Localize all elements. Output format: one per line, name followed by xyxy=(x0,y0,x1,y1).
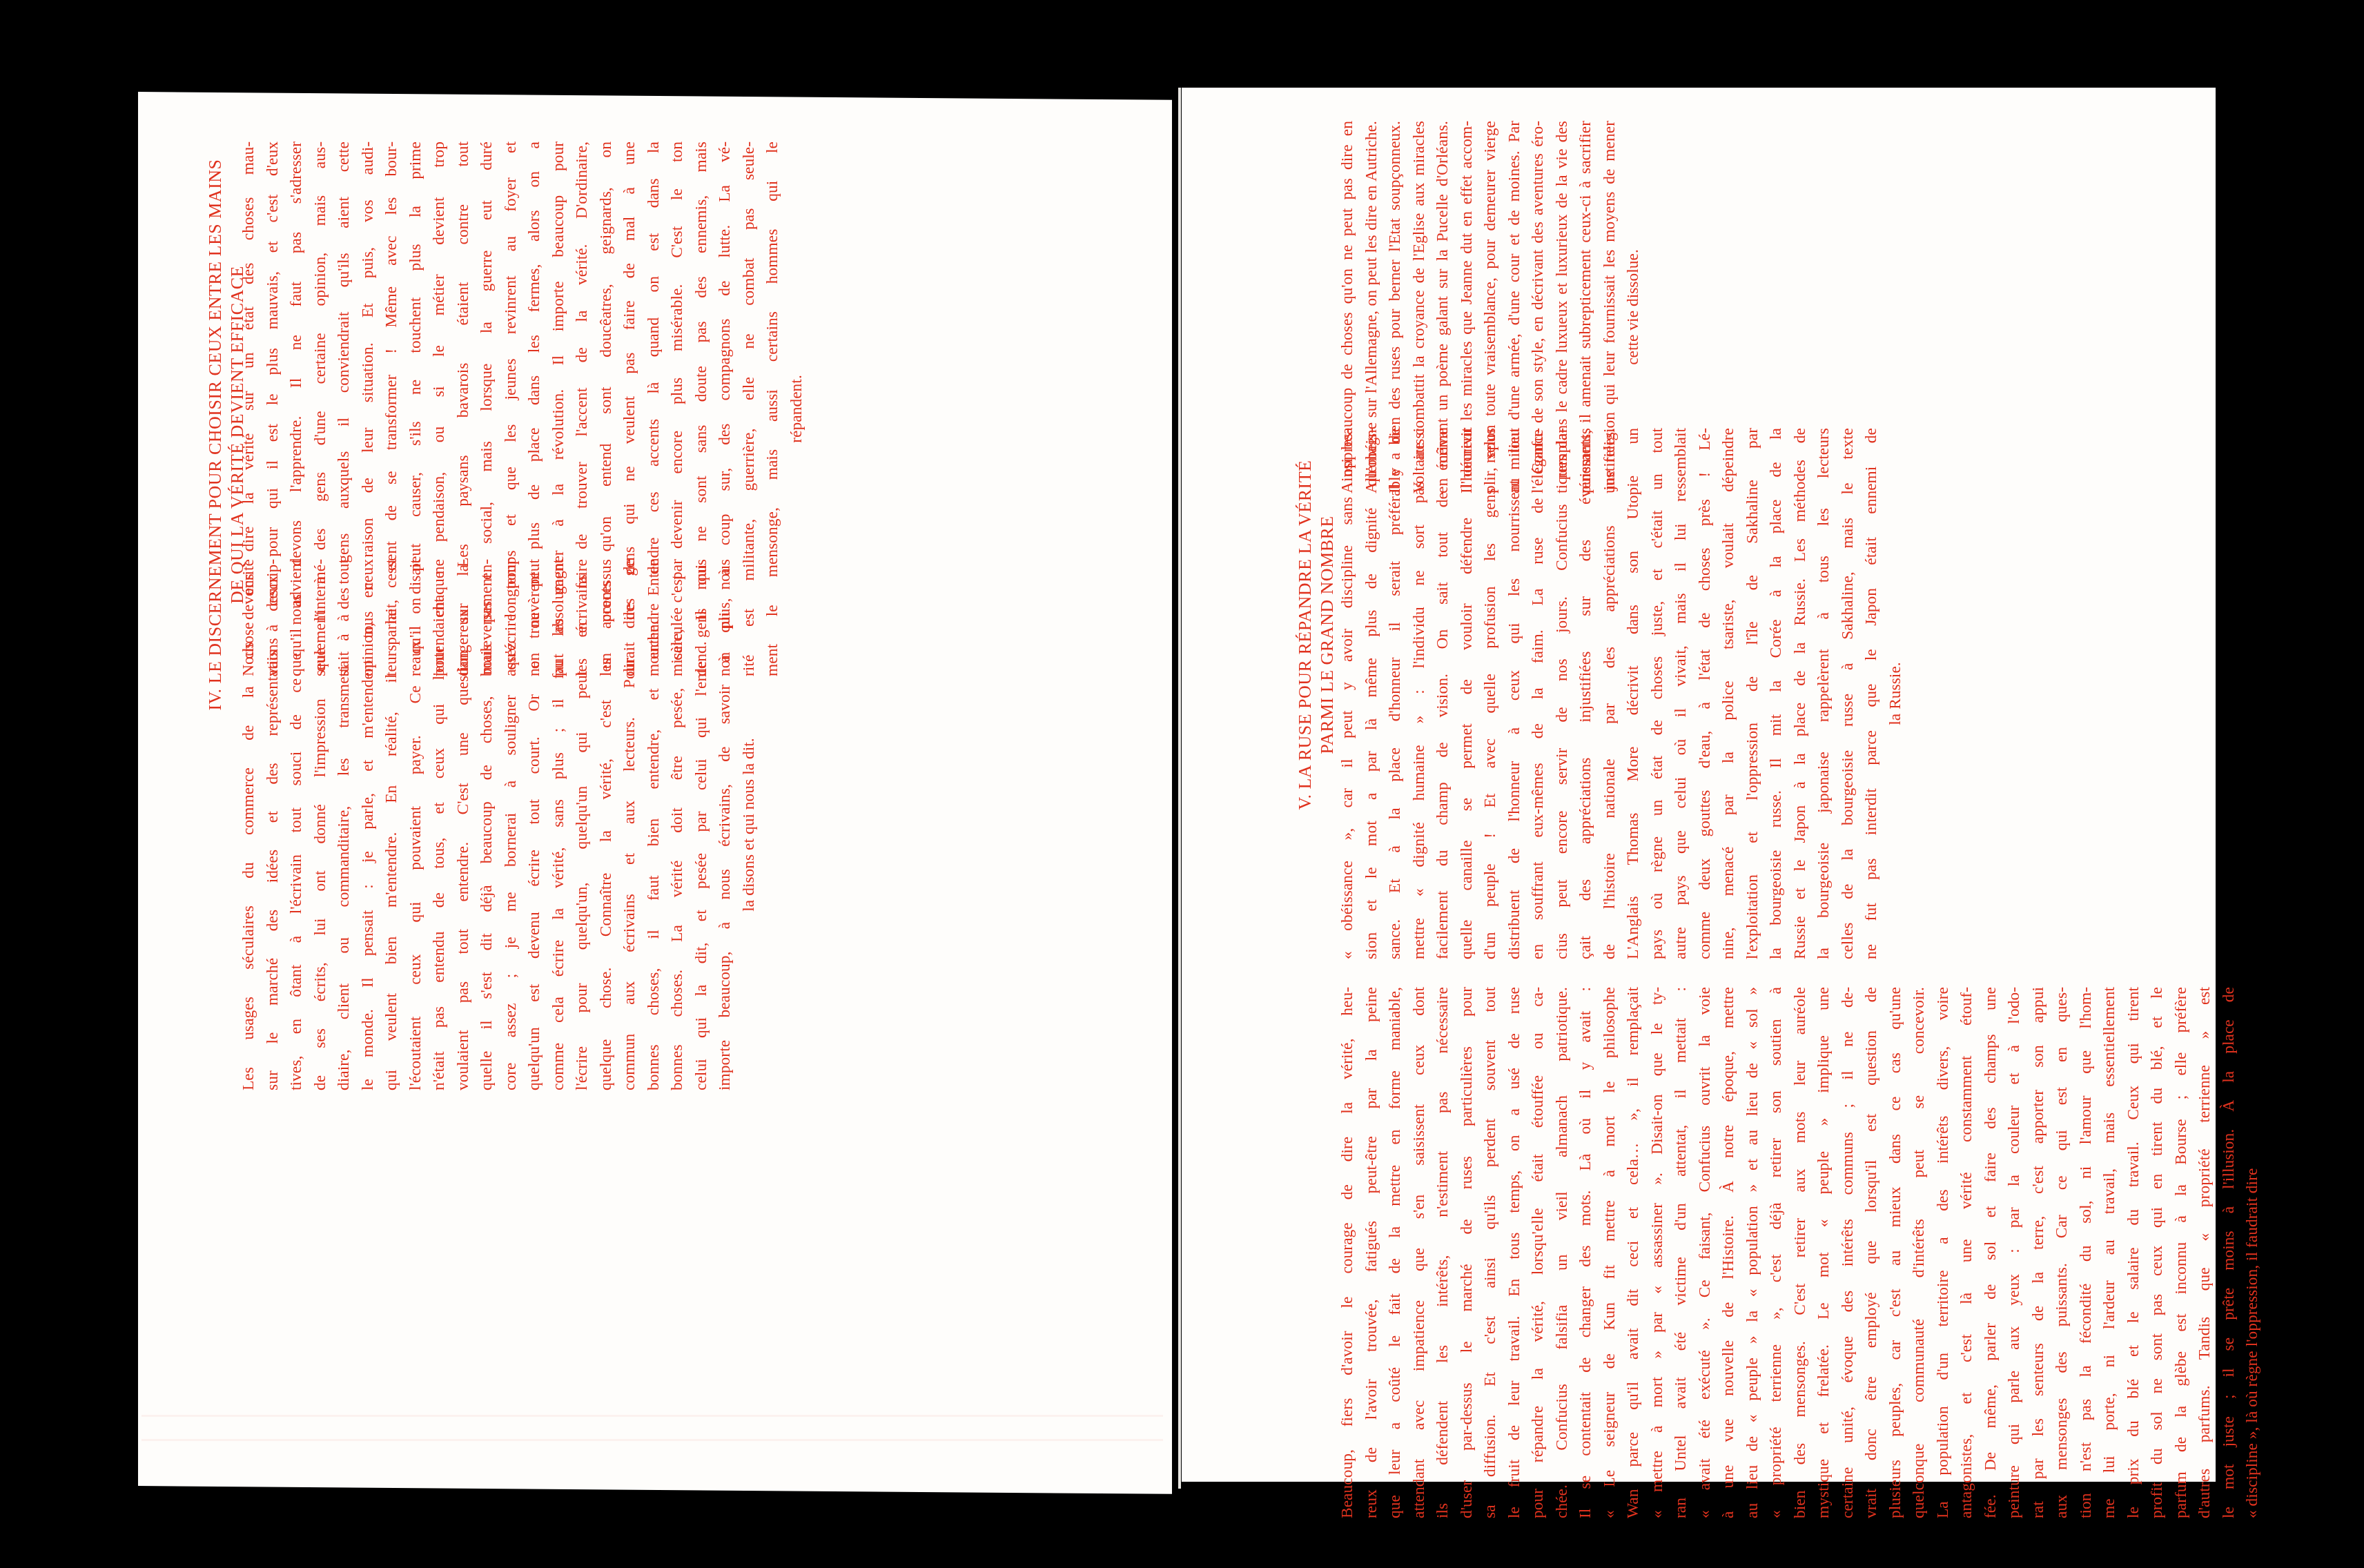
section-iv-heading-line1: IV. LE DISCERNEMENT POUR CHOISIR CEUX EN… xyxy=(204,114,226,756)
text-line: répandent. xyxy=(785,141,809,676)
text-line: Beaucoup, fiers d'avoir le courage de di… xyxy=(1336,987,1360,1518)
text-line: quelle canaille se permet de vouloir déf… xyxy=(1455,428,1479,959)
section-iv-column-b: Nous devons dire la vérité sur un état d… xyxy=(237,141,808,676)
text-line: opinion, en raison de leur situation. Et… xyxy=(356,141,380,676)
text-line: la Russie. xyxy=(1884,428,1908,959)
text-line: non plus, à coup sur, des compagnons de … xyxy=(713,141,737,676)
text-line: Russie et le Japon à la place de la Russ… xyxy=(1788,428,1813,959)
text-line: fée. De même, parler de sol et faire des… xyxy=(1979,987,2003,1518)
text-line: Nous devons dire la vérité sur un état d… xyxy=(237,141,261,676)
text-line: ne fut pas interdit parce que le Japon é… xyxy=(1859,428,1884,959)
text-line: « Le seigneur de Kun fit mettre à mort l… xyxy=(1598,987,1622,1518)
text-line: si à des gens auxquels il conviendrait q… xyxy=(332,141,356,676)
text-line: pays où règne un état de choses juste, e… xyxy=(1645,428,1670,959)
text-line: de l'histoire nationale par des apprécia… xyxy=(1598,428,1622,959)
text-line: les accents qu'on entend sont doucêatres… xyxy=(594,141,618,676)
text-line: « mettre à mort » par « assassiner ». Di… xyxy=(1645,987,1670,1518)
text-line: pour chaque pendaison, ou si le métier d… xyxy=(427,141,451,676)
text-line: assez longtemps et que les jeunes revinr… xyxy=(499,141,523,676)
text-line: de gens qui ne sont sans doute pas des e… xyxy=(690,141,714,676)
text-line: « obéissance », car il peut y avoir disc… xyxy=(1336,428,1360,959)
text-line: distribuent de l'honneur à ceux qui les … xyxy=(1503,428,1527,959)
text-line: rat par les senteurs de la terre, c'est … xyxy=(2026,987,2051,1518)
text-line: mouche. Entendre ces accents là quand on… xyxy=(642,141,666,676)
text-line: facilement du champ de vision. On sait t… xyxy=(1431,428,1455,959)
text-line: « discipline », là où règne l'oppression… xyxy=(2240,987,2265,1518)
section-v-column-b: « obéissance », car il peut y avoir disc… xyxy=(1336,428,1907,959)
text-line: peinture qui parle aux yeux : par la cou… xyxy=(2002,987,2026,1518)
text-line: tion n'est pas la fécondité du sol, ni l… xyxy=(2074,987,2098,1518)
text-line: certaine unité, évoque des intérêts comm… xyxy=(1836,987,1860,1518)
text-line: ran Untel avait été victime d'un attenta… xyxy=(1669,987,1693,1518)
text-line: que leur a coûté le fait de la mettre en… xyxy=(1383,987,1407,1518)
text-line: antagonistes, et c'est là une vérité con… xyxy=(1955,987,1979,1518)
text-line: seulement à des gens d'une certaine opin… xyxy=(309,141,333,676)
text-line: me lui porte, ni l'ardeur au travail, ma… xyxy=(2098,987,2122,1518)
text-line: reux de l'avoir trouvée, fatigués peut-ê… xyxy=(1360,987,1384,1518)
text-line: L'Anglais Thomas More décrivit dans son … xyxy=(1621,428,1645,959)
text-line: le fruit de leur travail. En tous temps,… xyxy=(1503,987,1527,1518)
text-line: Wan parce qu'il avait dit ceci et cela… … xyxy=(1621,987,1645,1518)
text-line: bien des mensonges. C'est retirer aux mo… xyxy=(1788,987,1813,1518)
text-line: plusieurs peuples, car c'est au mieux da… xyxy=(1884,987,1908,1518)
text-line: au lieu de « peuple » la « population » … xyxy=(1741,987,1765,1518)
text-line: d'user par-dessus le marché de ruses par… xyxy=(1455,987,1479,1518)
text-line: le mot juste ; il se prête moins à l'ill… xyxy=(2217,987,2241,1518)
text-line: vais à ceux pour qui il est le plus mauv… xyxy=(261,141,285,676)
section-v-heading: V. LA RUSE POUR RÉPANDRE LA VÉRITÉ PARMI… xyxy=(1294,414,1338,856)
text-line: attendant avec impatience que s'en saisi… xyxy=(1407,987,1432,1518)
text-line: aux mensonges des puissants. Car ce qui … xyxy=(2050,987,2074,1518)
text-line: les écrivains de trouver l'accent de la … xyxy=(570,141,594,676)
text-line: ils défendent les intérêts, n'estiment p… xyxy=(1431,987,1455,1518)
text-line: la bourgeoisie japonaise rappelèrent à t… xyxy=(1812,428,1836,959)
text-line: le prix du blé et le salaire du travail.… xyxy=(2122,987,2146,1518)
text-line: misère, c'est devenir encore plus miséra… xyxy=(665,141,690,676)
text-line: bouleversement social, mais lorsque la g… xyxy=(475,141,499,676)
text-line: chée. Confucius falsifia un vieil almana… xyxy=(1550,987,1574,1518)
text-line: d'un peuple ! Et avec quelle profusion l… xyxy=(1478,428,1503,959)
text-line: cius peut encore servir de nos jours. Co… xyxy=(1550,428,1574,959)
text-line: nine, menacé par la police tsariste, vou… xyxy=(1717,428,1741,959)
paper-scuff-mark xyxy=(141,1439,1163,1441)
text-line: sance. Et à la place d'honneur il serait… xyxy=(1383,428,1407,959)
text-line: « avait été exécuté ». Ce faisant, Confu… xyxy=(1693,987,1717,1518)
text-line: rité est militante, guerrière, elle ne c… xyxy=(737,141,761,676)
text-line: sion et le mot a par là même plus de dig… xyxy=(1360,428,1384,959)
text-line: dangereux. Les paysans bavarois étaient … xyxy=(451,141,476,676)
book-gutter xyxy=(1178,88,1181,1489)
text-line: que nous devons l'apprendre. Il ne faut … xyxy=(284,141,309,676)
section-v-heading-line1: V. LA RUSE POUR RÉPANDRE LA VÉRITÉ xyxy=(1294,414,1316,856)
text-line: celles de la bourgeoisie russe à Sakhali… xyxy=(1836,428,1860,959)
text-line: vrait donc être employé que lorsqu'il es… xyxy=(1859,987,1884,1518)
text-line: profit du sol ne sont pas ceux qui en ti… xyxy=(2145,987,2169,1518)
text-line: teurs ne cessent de se transformer ! Mêm… xyxy=(380,141,404,676)
text-line: pu les gagner à la révolution. Il import… xyxy=(547,141,571,676)
text-line: à une vue nouvelle de l'Histoire. À notr… xyxy=(1717,987,1741,1518)
paper-scuff-mark xyxy=(141,1415,1163,1417)
text-line: l'exploitation et l'oppression de l'île … xyxy=(1741,428,1765,959)
text-line: ne trouvèrent plus de place dans les fer… xyxy=(522,141,547,676)
text-line: La population d'un territoire a des inté… xyxy=(1931,987,1955,1518)
section-v-column-a: Beaucoup, fiers d'avoir le courage de di… xyxy=(1336,987,2265,1518)
text-line: la bourgeoisie russe. Il mit la Corée à … xyxy=(1764,428,1788,959)
text-line: en souffrant eux-mêmes de la faim. La ru… xyxy=(1526,428,1550,959)
text-line: ment le mensonge, mais aussi certains ho… xyxy=(761,141,785,676)
text-line: Il se contentait de changer des mots. Là… xyxy=(1574,987,1598,1518)
text-line: mettre « dignité humaine » : l'individu … xyxy=(1407,428,1432,959)
text-line: dirait des gens qui ne veulent pas faire… xyxy=(618,141,642,676)
text-line: autre pays que celui où il vivait, mais … xyxy=(1669,428,1693,959)
text-line: mystique et frelatée. Le mot « peuple » … xyxy=(1812,987,1836,1518)
text-line: comme deux gouttes d'eau, à l'état de ch… xyxy=(1693,428,1717,959)
text-line: çait des appréciations injustifiées sur … xyxy=(1574,428,1598,959)
text-line: « propriété terrienne », c'est déjà reti… xyxy=(1764,987,1788,1518)
text-line: pour répandre la vérité, lorsqu'elle éta… xyxy=(1526,987,1550,1518)
text-line: sa diffusion. Et c'est ainsi qu'ils perd… xyxy=(1478,987,1503,1518)
text-line: parfum de la glèbe est inconnu à la Bour… xyxy=(2169,987,2194,1518)
text-line: d'autres parfums. Tandis que « propriété… xyxy=(2193,987,2217,1518)
text-line: reaux on peut causer, s'ils ne touchent … xyxy=(404,141,428,676)
text-line: quelconque communauté d'intérêts peut se… xyxy=(1907,987,1931,1518)
